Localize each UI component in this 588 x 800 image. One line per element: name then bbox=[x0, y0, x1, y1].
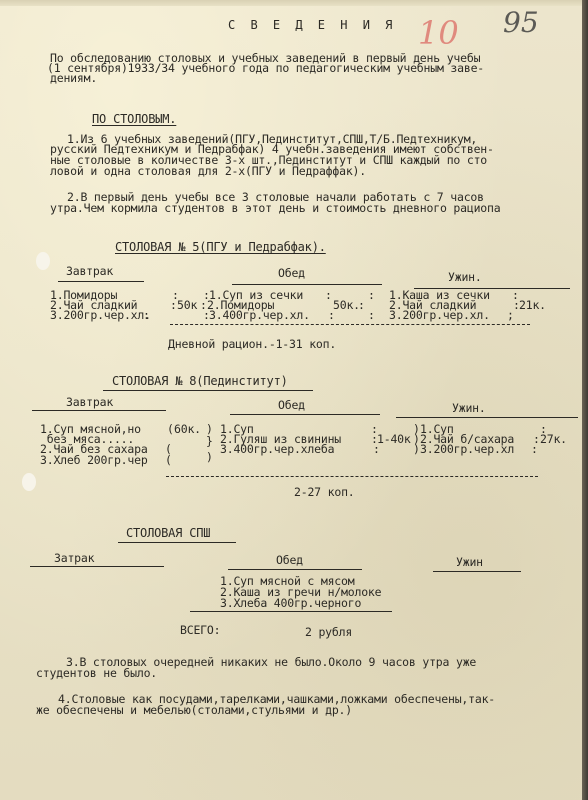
canteen-sps-heading: СТОЛОВАЯ СПШ bbox=[126, 528, 210, 539]
separator: : bbox=[531, 444, 538, 455]
canteen5-lunch-price: 50к. bbox=[333, 300, 360, 311]
underline bbox=[190, 611, 392, 612]
section-heading: ПО СТОЛОВЫМ. bbox=[92, 114, 176, 125]
handwritten-red-number: 10 bbox=[418, 14, 459, 52]
separator: : bbox=[143, 310, 150, 321]
separator: : bbox=[325, 290, 332, 301]
canteen5-dinner-label: Ужин. bbox=[448, 272, 482, 283]
bracket: ) bbox=[206, 452, 213, 463]
hole-punch-mark bbox=[36, 252, 50, 270]
underline bbox=[433, 571, 521, 572]
para2-line-2: утра.Чем кормила студентов в этот день и… bbox=[50, 203, 500, 214]
canteen5-heading: СТОЛОВАЯ № 5(ПГУ и Педрабфак). bbox=[115, 242, 326, 253]
dashed-divider bbox=[170, 324, 530, 325]
canteen5-breakfast-price: 50к bbox=[177, 300, 197, 311]
canteen8-breakfast-price: 60к. bbox=[174, 424, 201, 435]
canteen8-daily-total: 2-27 коп. bbox=[294, 487, 355, 498]
bracket: } bbox=[206, 436, 213, 447]
canteen8-heading: СТОЛОВАЯ № 8(Пединститут) bbox=[112, 376, 288, 387]
canteen-sps-lunch-label: Обед bbox=[276, 555, 303, 566]
separator: : bbox=[368, 290, 375, 301]
canteen-sps-total-value: 2 рубля bbox=[305, 627, 352, 638]
bracket: ( bbox=[165, 455, 172, 466]
underline bbox=[228, 569, 362, 570]
underline bbox=[232, 284, 382, 285]
underline bbox=[103, 390, 313, 391]
canteen-sps-lunch-3: 3.Хлеба 400гр.черного bbox=[220, 598, 361, 609]
canteen8-lunch-label: Обед bbox=[278, 400, 305, 411]
canteen5-breakfast-3: 3.200гр.чер.хл. bbox=[50, 310, 151, 321]
bracket: ( bbox=[167, 424, 174, 435]
canteen5-lunch-3: 3.400гр.чер.хл. bbox=[209, 310, 310, 321]
canteen-sps-dinner-label: Ужин bbox=[456, 557, 483, 568]
canteen8-breakfast-3: 3.Хлеб 200гр.чер bbox=[40, 455, 148, 466]
intro-line-2: (1 сентября)1933/34 учебного года по пед… bbox=[47, 63, 484, 74]
underline bbox=[58, 281, 144, 282]
separator: : bbox=[170, 300, 177, 311]
separator: : bbox=[358, 300, 365, 311]
para4-line-2: же обеспечены и мебелью(столами,стульями… bbox=[36, 705, 352, 716]
para3-line-2: студентов не было. bbox=[36, 668, 157, 679]
bracket: ) bbox=[206, 424, 213, 435]
canteen8-lunch-3: 3.400гр.чер.хлеба bbox=[220, 444, 334, 455]
para1-line-4: ловой и одна столовая для 2-х(ПГУ и Педр… bbox=[50, 166, 366, 177]
canteen-sps-total-label: ВСЕГО: bbox=[180, 625, 220, 636]
underline bbox=[230, 414, 380, 415]
intro-line-3: дениям. bbox=[50, 73, 97, 84]
underline bbox=[30, 566, 164, 567]
separator: : bbox=[368, 310, 375, 321]
canteen5-breakfast-label: Завтрак bbox=[66, 266, 113, 277]
separator: : bbox=[328, 310, 335, 321]
underline bbox=[396, 417, 578, 418]
canteen5-dinner-3: 3.200гр.чер.хл. bbox=[389, 310, 490, 321]
canteen8-dinner-3: 3.200гр.чер.хл bbox=[420, 444, 514, 455]
dashed-divider bbox=[166, 476, 538, 477]
separator: : bbox=[373, 444, 380, 455]
document-title: С В Е Д Е Н И Я bbox=[228, 20, 396, 31]
canteen-sps-breakfast-label: Затрак bbox=[54, 553, 94, 564]
separator: ; bbox=[507, 310, 514, 321]
canteen5-daily-total: Дневной рацион.-1-31 коп. bbox=[168, 339, 336, 350]
canteen8-dinner-price: 27к. bbox=[540, 434, 567, 445]
handwritten-archive-number: 95 bbox=[503, 6, 539, 39]
canteen5-dinner-price: 21к. bbox=[519, 300, 546, 311]
underline bbox=[32, 410, 166, 411]
canteen8-dinner-label: Ужин. bbox=[452, 403, 486, 414]
bracket: ) bbox=[413, 444, 420, 455]
page-right-edge bbox=[582, 0, 588, 800]
hole-punch-mark bbox=[22, 473, 36, 491]
underline bbox=[118, 542, 236, 543]
canteen5-lunch-label: Обед bbox=[278, 268, 305, 279]
canteen8-lunch-price: 1-40к bbox=[377, 434, 411, 445]
canteen8-breakfast-label: Завтрак bbox=[66, 397, 113, 408]
